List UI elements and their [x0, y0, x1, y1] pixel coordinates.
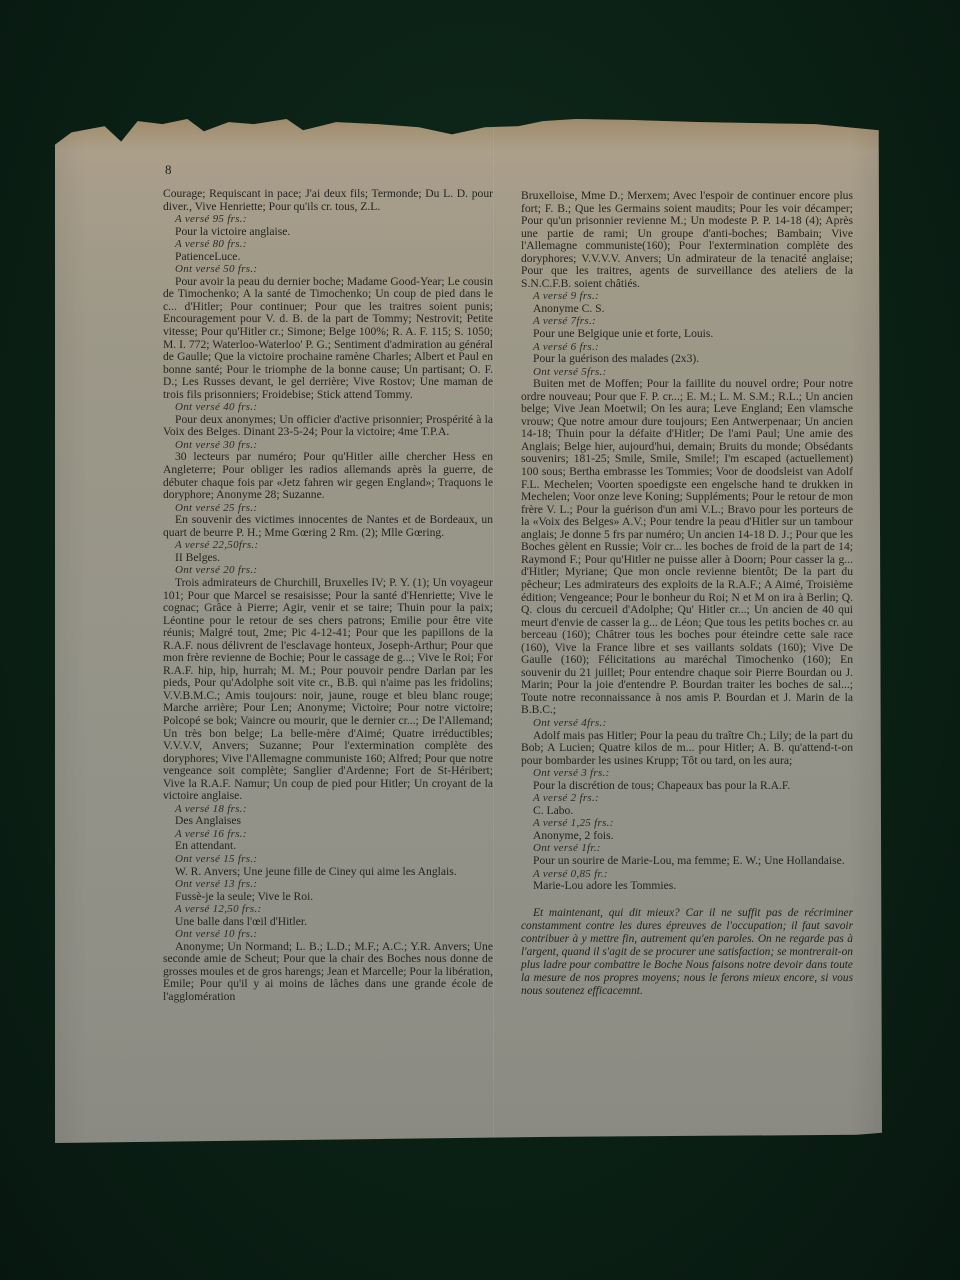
right-column: Bruxelloise, Mme D.; Merxem; Avec l'espo…	[521, 190, 853, 998]
donor-line: Pour la guérison des malades (2x3).	[521, 353, 853, 366]
paragraph: 30 lecteurs par numéro; Pour qu'Hitler a…	[163, 451, 493, 501]
donor-line: C. Labo.	[521, 805, 853, 818]
paragraph: W. R. Anvers; Une jeune fille de Ciney q…	[163, 866, 493, 879]
donor-line: Anonyme, 2 fois.	[521, 830, 853, 843]
amount-heading: Ont versé 4frs.:	[521, 717, 853, 730]
amount-heading: Ont versé 15 frs.:	[163, 853, 493, 866]
paragraph: Adolf mais pas Hitler; Pour la peau du t…	[521, 730, 853, 768]
donor-line: PatienceLuce.	[163, 251, 493, 264]
paragraph: Buiten met de Moffen; Pour la faillite d…	[521, 378, 853, 717]
paragraph: Pour deux anonymes; Un officier d'active…	[163, 414, 493, 439]
paragraph: En souvenir des victimes innocentes de N…	[163, 514, 493, 539]
amount-heading: A versé 12,50 frs.:	[163, 903, 493, 916]
amount-heading: A versé 22,50frs.:	[163, 539, 493, 552]
donor-line: Pour une Belgique unie et forte, Louis.	[521, 328, 853, 341]
paragraph: Anonyme; Un Normand; L. B.; L.D.; M.F.; …	[163, 941, 493, 1004]
amount-heading: Ont versé 40 frs.:	[163, 401, 493, 414]
paper-edge-stain	[55, 118, 882, 152]
amount-heading: Ont versé 10 frs.:	[163, 928, 493, 941]
donor-line: Pour la discrétion de tous; Chapeaux bas…	[521, 780, 853, 793]
donor-line: Fussè-je la seule; Vive le Roi.	[163, 891, 493, 904]
paragraph: Pour avoir la peau du dernier boche; Mad…	[163, 276, 493, 401]
paragraph: Trois admirateurs de Churchill, Bruxelle…	[163, 577, 493, 803]
page-number: 8	[165, 162, 172, 178]
paragraph: Courage; Requiscant in pace; J'ai deux f…	[163, 188, 493, 213]
amount-heading: A versé 95 frs.:	[163, 213, 493, 226]
amount-heading: Ont versé 13 frs.:	[163, 878, 493, 891]
donor-line: Marie-Lou adore les Tommies.	[521, 880, 853, 893]
donor-line: Pour la victoire anglaise.	[163, 226, 493, 239]
amount-heading: Ont versé 3 frs.:	[521, 767, 853, 780]
amount-heading: Ont versé 50 frs.:	[163, 263, 493, 276]
paragraph: Bruxelloise, Mme D.; Merxem; Avec l'espo…	[521, 190, 853, 290]
amount-heading: A versé 1,25 frs.:	[521, 817, 853, 830]
amount-heading: A versé 2 frs.:	[521, 792, 853, 805]
donor-line: Des Anglaises	[163, 815, 493, 828]
donor-line: Anonyme C. S.	[521, 303, 853, 316]
newspaper-page: 8 Courage; Requiscant in pace; J'ai deux…	[55, 118, 882, 1143]
donor-line: II Belges.	[163, 552, 493, 565]
paragraph: Pour un sourire de Marie-Lou, ma femme; …	[521, 855, 853, 868]
donor-line: Une balle dans l'œil d'Hitler.	[163, 916, 493, 929]
amount-heading: A versé 80 frs.:	[163, 238, 493, 251]
spacer	[521, 893, 853, 907]
left-column: Courage; Requiscant in pace; J'ai deux f…	[163, 188, 493, 1004]
closing-paragraph: Et maintenant, qui dit mieux? Car il ne …	[521, 907, 853, 999]
donor-line: En attendant.	[163, 840, 493, 853]
